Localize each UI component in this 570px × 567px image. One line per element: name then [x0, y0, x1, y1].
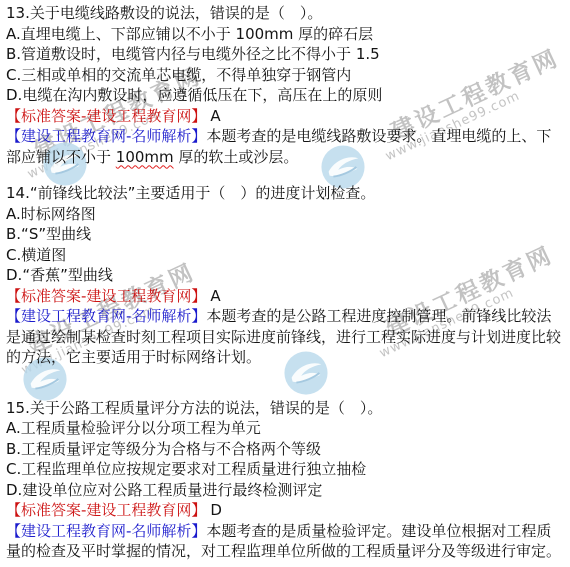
analysis-line: 【建设工程教育网-名师解析】本题考查的是质量检验评定。建设单位根据对工程质量的检… — [6, 521, 564, 562]
analysis-text-spellcheck: 100mm — [116, 148, 174, 166]
answer-label: 【标准答案-建设工程教育网】 — [6, 287, 206, 305]
answer-label: 【标准答案-建设工程教育网】 — [6, 501, 206, 519]
answer-line: 【标准答案-建设工程教育网】D — [6, 500, 564, 521]
option-b: B.“S”型曲线 — [6, 224, 564, 245]
option-b: B.管道敷设时，电缆管内径与电缆外径之比不得小于 1.5 — [6, 44, 564, 65]
question-title: 15.关于公路工程质量评分方法的说法，错误的是（ ）。 — [6, 398, 564, 419]
answer-value: D — [210, 501, 222, 519]
analysis-line: 【建设工程教育网-名师解析】本题考查的是电缆线路敷设要求。直埋电缆的上、下部应铺… — [6, 126, 564, 167]
answer-label: 【标准答案-建设工程教育网】 — [6, 107, 206, 125]
option-a: A.工程质量检验评分以分项工程为单元 — [6, 418, 564, 439]
analysis-line: 【建设工程教育网-名师解析】本题考查的是公路工程进度控制管理。前锋线比较法是通过… — [6, 306, 564, 368]
analysis-label: 【建设工程教育网-名师解析】 — [6, 307, 206, 325]
option-c: C.横道图 — [6, 245, 564, 266]
analysis-text: 厚的软土或沙层。 — [174, 148, 299, 166]
question-block-14: 14.“前锋线比较法”主要适用于（ ）的进度计划检查。 A.时标网络图 B.“S… — [6, 183, 564, 368]
question-block-13: 13.关于电缆线路敷设的说法，错误的是（ ）。 A.直埋电缆上、下部应铺以不小于… — [6, 3, 564, 167]
answer-value: A — [210, 107, 220, 125]
option-b: B.工程质量评定等级分为合格与不合格两个等级 — [6, 439, 564, 460]
analysis-label: 【建设工程教育网-名师解析】 — [6, 522, 206, 540]
option-c: C.三相或单相的交流单芯电缆，不得单独穿于钢管内 — [6, 65, 564, 86]
answer-line: 【标准答案-建设工程教育网】A — [6, 106, 564, 127]
analysis-label: 【建设工程教育网-名师解析】 — [6, 127, 206, 145]
option-d: D.电缆在沟内敷设时，应遵循低压在下，高压在上的原则 — [6, 85, 564, 106]
option-d: D.建设单位应对公路工程质量进行最终检测评定 — [6, 480, 564, 501]
option-a: A.时标网络图 — [6, 204, 564, 225]
option-c: C.工程监理单位应按规定要求对工程质量进行独立抽检 — [6, 459, 564, 480]
questions-list: 13.关于电缆线路敷设的说法，错误的是（ ）。 A.直埋电缆上、下部应铺以不小于… — [6, 3, 564, 562]
exam-document-page: 建设工程教育网 www.jianshe99.com 建设工程教育网 www.ji… — [0, 0, 570, 567]
option-a: A.直埋电缆上、下部应铺以不小于 100mm 厚的碎石层 — [6, 24, 564, 45]
answer-line: 【标准答案-建设工程教育网】A — [6, 286, 564, 307]
question-block-15: 15.关于公路工程质量评分方法的说法，错误的是（ ）。 A.工程质量检验评分以分… — [6, 398, 564, 562]
option-d: D.“香蕉”型曲线 — [6, 265, 564, 286]
answer-value: A — [210, 287, 220, 305]
question-title: 13.关于电缆线路敷设的说法，错误的是（ ）。 — [6, 3, 564, 24]
question-title: 14.“前锋线比较法”主要适用于（ ）的进度计划检查。 — [6, 183, 564, 204]
